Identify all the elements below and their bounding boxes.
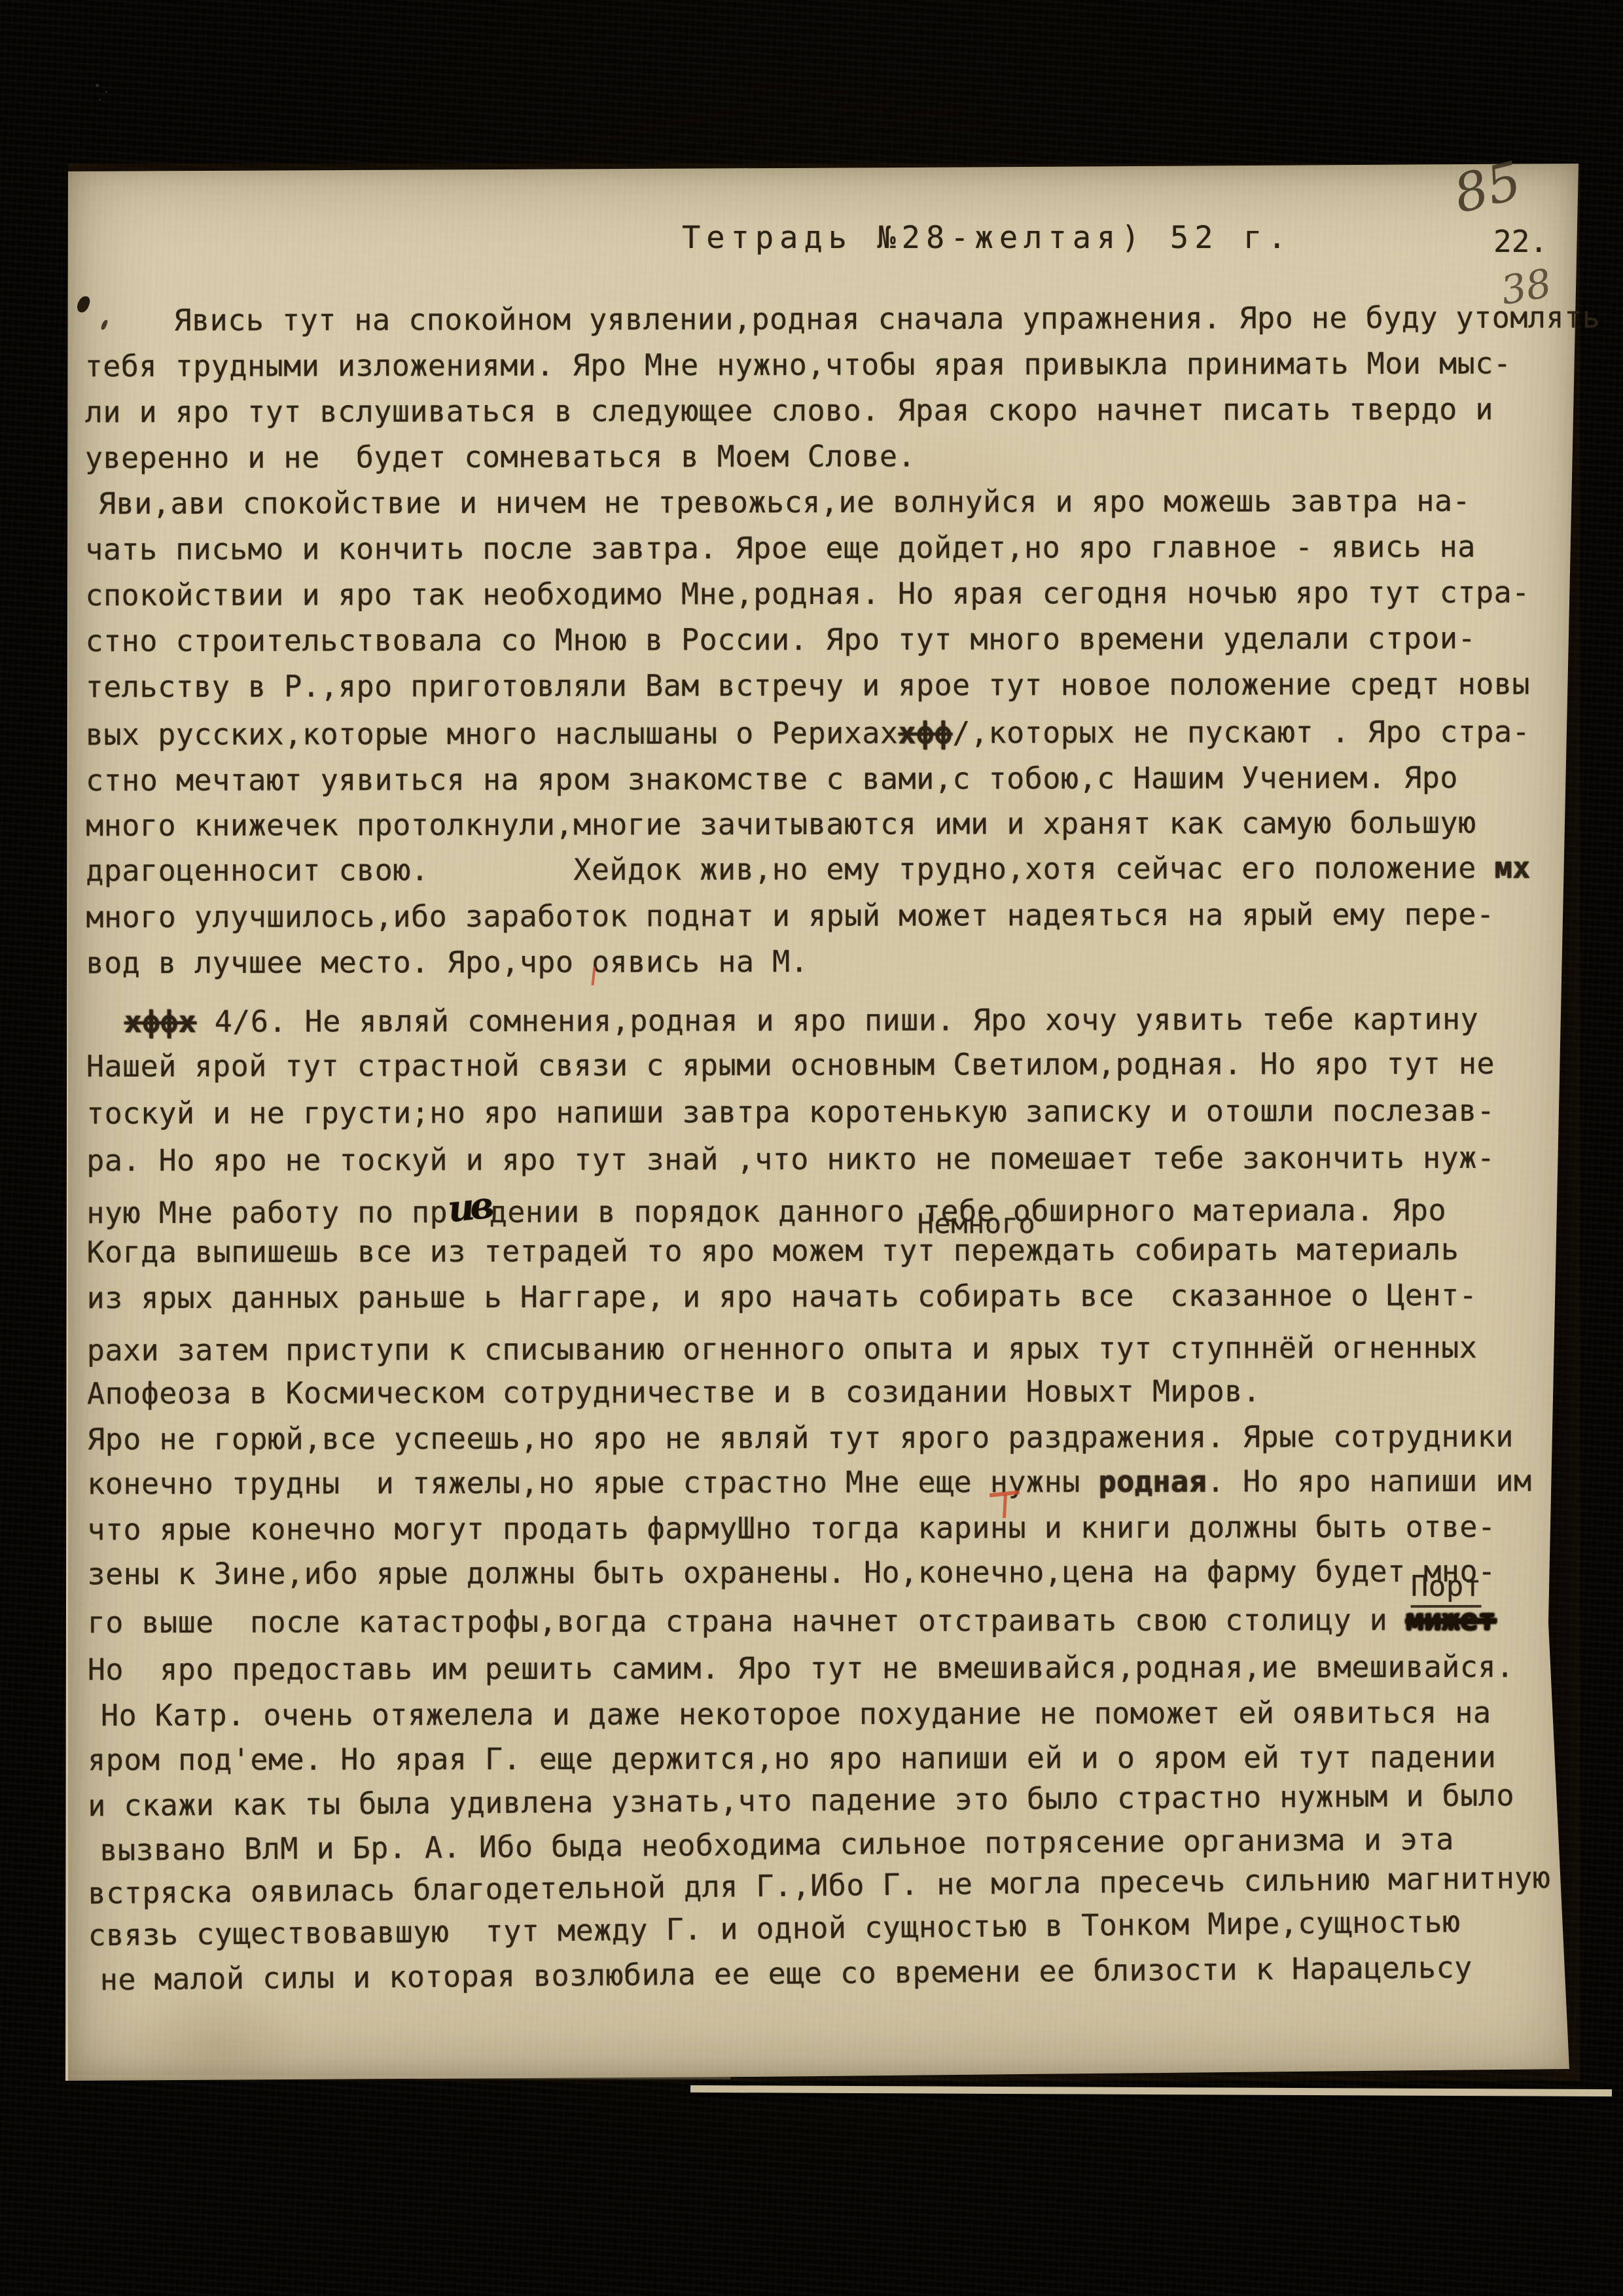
text-line: Яро не горюй,все успеешь,но яро не являй… bbox=[87, 1420, 1514, 1457]
typed-bold-segment: родная bbox=[1098, 1464, 1207, 1499]
scanned-page-photo: Тетрадь №28-желтая) 52 г. 22. 85 38 Явис… bbox=[0, 0, 1623, 2296]
text-line: Когда выпишешь все из тетрадей то яро мо… bbox=[86, 1233, 1459, 1269]
text-line: Но Катр. очень отяжелела и даже некоторо… bbox=[101, 1696, 1491, 1733]
typed-strike-segment: хфф bbox=[898, 716, 952, 751]
text-line: го выше после катастрофы,вогда страна на… bbox=[88, 1603, 1496, 1640]
text-line: уверенно и не будет сомневаться в Моем С… bbox=[85, 440, 916, 475]
text-line: встряска оявилась благодетельной для Г.,… bbox=[88, 1861, 1550, 1911]
text-line: яром под'еме. Но ярая Г. еще держится,но… bbox=[88, 1740, 1496, 1777]
text-line: рахи затем приступи к списыванию огненно… bbox=[87, 1331, 1478, 1368]
text-line: связь существовавшую тут между Г. и одно… bbox=[88, 1905, 1460, 1952]
text-line: тельству в Р.,яро приготовляли Вам встре… bbox=[86, 667, 1530, 704]
handwritten-correction: ив bbox=[446, 1184, 491, 1231]
text-line: ную Мне работу по привдении в порядок да… bbox=[86, 1187, 1446, 1232]
text-line: что ярые конечно могут продать фармуШно … bbox=[87, 1510, 1495, 1547]
text-line: драгоценносит свою. Хейдок жив,но ему тр… bbox=[86, 851, 1530, 888]
text-line: Яви,ави спокойствие и ничем не тревожься… bbox=[98, 484, 1471, 521]
text-line: много улучшилось,ибо заработок поднат и … bbox=[86, 898, 1494, 934]
text-line: тебя трудными изложениями. Яро Мне нужно… bbox=[85, 347, 1512, 383]
text-line: Но яро предоставь им решить самим. Яро т… bbox=[88, 1650, 1514, 1687]
text-line: чать письмо и кончить после завтра. Ярое… bbox=[85, 530, 1476, 567]
text-line: вызвано ВлМ и Бр. А. Ибо быда необходима… bbox=[99, 1822, 1454, 1867]
text-line: стно мечтают уявиться на яром знакомстве… bbox=[86, 761, 1458, 798]
text-line: не малой силы и которая возлюбила ее еще… bbox=[100, 1951, 1472, 1997]
text-line: ли и яро тут вслушиваться в следующее сл… bbox=[85, 393, 1493, 429]
text-line: ра. Но яро не тоскуй и яро тут знай ,что… bbox=[86, 1141, 1495, 1178]
text-line: и скажи как ты была удивлена узнать,что … bbox=[88, 1778, 1514, 1823]
text-line: из ярых данных раньше ь Наггаре, и яро н… bbox=[87, 1279, 1478, 1315]
text-line: много книжечек протолкнули,многие зачиты… bbox=[86, 806, 1476, 843]
text-line: тоскуй и не грусти;но яро напиши завтра … bbox=[86, 1094, 1495, 1131]
text-line: вых русских,которые много наслышаны о Ре… bbox=[86, 715, 1530, 752]
text-line: Нашей ярой тут страстной связи с ярыми о… bbox=[86, 1047, 1495, 1084]
text-line: зены к Зине,ибо ярые должны быть охранен… bbox=[87, 1555, 1495, 1591]
text-line: Явись тут на спокойном уявлении,родная с… bbox=[173, 300, 1600, 337]
text-line: хффх 4/6. Не являй сомнения,родная и яро… bbox=[124, 1002, 1479, 1039]
correction-stack: Портмижет bbox=[1406, 1603, 1496, 1637]
text-line: стно строительствовала со Мною в России.… bbox=[85, 622, 1476, 658]
text-line: вод в лучшее место. Яро,чро оявись на М. bbox=[86, 945, 808, 980]
typed-strike-segment: хффх bbox=[124, 1004, 196, 1039]
text-line: спокойствии и яро так необходимо Мне,род… bbox=[85, 576, 1529, 612]
typed-bold-segment: мх bbox=[1494, 851, 1530, 885]
text-line: Апофеоза в Космическом сотрудничестве и … bbox=[87, 1375, 1261, 1411]
text-line: конечно трудны и тяжелы,но ярые страстно… bbox=[87, 1464, 1532, 1501]
typed-text-block: Явись тут на спокойном уявлении,родная с… bbox=[0, 0, 1623, 2296]
